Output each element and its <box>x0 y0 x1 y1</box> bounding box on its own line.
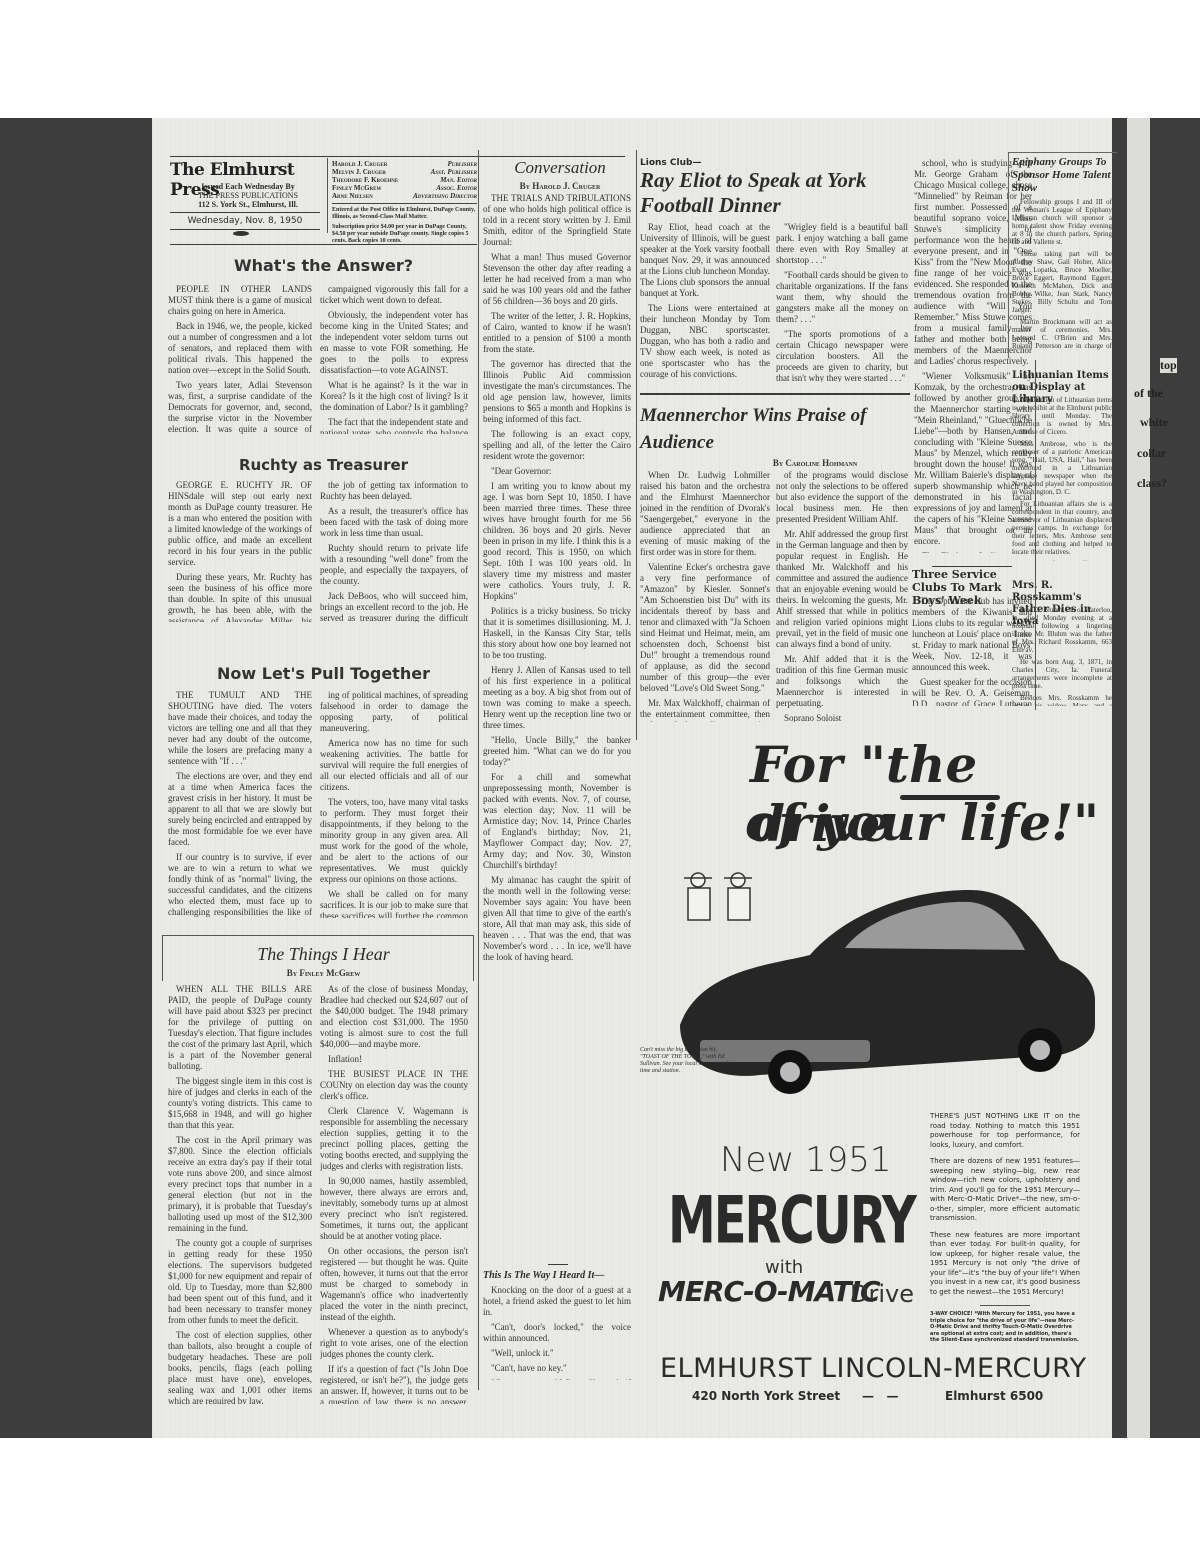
paragraph: Back in 1946, we, the people, kicked out… <box>168 321 312 376</box>
things-i-hear-col1: WHEN ALL THE BILLS ARE PAID, the people … <box>168 984 312 1404</box>
paragraph: I am writing you to know about my age. I… <box>483 481 631 602</box>
paragraph: Ray Eliot, head coach at the University … <box>640 222 770 299</box>
paragraph: "Dear Governor: <box>483 466 631 477</box>
paragraph: Inflation! <box>320 1054 468 1065</box>
paragraph: the job of getting tax information to Ru… <box>320 480 468 502</box>
masthead-issued: Issued Each Wednesday By <box>178 182 318 191</box>
paragraph: THERE'S JUST NOTHING LIKE IT on the road… <box>930 1112 1080 1150</box>
paragraph: A collection of Lithuanian items is on e… <box>1012 396 1112 436</box>
paragraph: Obviously, the independent voter has bec… <box>320 310 468 376</box>
paragraph: There are dozens of new 1951 features—sw… <box>930 1157 1080 1224</box>
paragraph: Two years later, Adlai Stevenson was, fi… <box>168 380 312 434</box>
paragraph: THE TUMULT AND THE SHOUTING have died. T… <box>168 690 312 767</box>
paragraph: He was born Aug. 3, 1871, in Charles Cit… <box>1012 658 1112 690</box>
paragraph: The writer of the letter, J. R. Hopkins,… <box>483 311 631 355</box>
adjacent-fragment: collar <box>1137 446 1166 461</box>
paragraph: Jack DeBoos, who will succeed him, bring… <box>320 591 468 622</box>
masthead-address: 112 S. York St., Elmhurst, Ill. <box>178 200 318 209</box>
entry-notice: Entered at the Post Office in Elmhurst, … <box>332 207 477 221</box>
paragraph: Politics is a tricky business. So tricky… <box>483 606 631 661</box>
paragraph: "Great guns, man! What will you do if th… <box>483 1378 631 1380</box>
column-headline-heard-it: This Is The Way I Heard It— <box>483 1270 633 1281</box>
paragraph: of the programs would disclose not only … <box>776 470 908 525</box>
lions-headline: Ray Eliot to Speak at York Football Dinn… <box>640 168 910 218</box>
staff-list: Harold J. CrugerPublisherMelvin J. Cruge… <box>332 160 477 200</box>
paragraph: Whenever a question as to anybody's righ… <box>320 1327 468 1360</box>
editorial-headline-ruchty: Ruchty as Treasurer <box>170 456 477 474</box>
heard-it-body: Knocking on the door of a guest at a hot… <box>483 1285 631 1380</box>
ad-dealer-name: ELMHURST LINCOLN-MERCURY <box>660 1353 1087 1384</box>
things-i-hear-col2: As of the close of business Monday, Brad… <box>320 984 468 1404</box>
paragraph: THE BUSIEST PLACE IN THE COUNty on elect… <box>320 1069 468 1102</box>
paragraph: The voters, too, have many vital tasks t… <box>320 797 468 885</box>
paragraph: Those taking part will be Audrey Shaw, G… <box>1012 250 1112 314</box>
paragraph: As a result, the treasurer's office has … <box>320 506 468 539</box>
adjacent-fragment: class? <box>1137 476 1167 491</box>
paragraph: The governor has directed that the Illin… <box>483 359 631 425</box>
paragraph: Soprano Soloist <box>776 713 908 722</box>
staff-entry: Harold J. CrugerPublisher <box>332 160 477 168</box>
column-headline-things-i-hear: The Things I Hear <box>170 944 477 965</box>
paragraph: Martin Brockmann will act as master of c… <box>1012 318 1112 350</box>
lions-col2: "Wrigley field is a beautiful ball park.… <box>776 222 908 382</box>
paragraph: On other occasions, the person isn't reg… <box>320 1246 468 1323</box>
paragraph: PEOPLE IN OTHER LANDS MUST think there i… <box>168 284 312 317</box>
adjacent-fragment: white <box>1140 415 1168 430</box>
union-bug-icon <box>233 231 249 236</box>
paragraph: The following is an exact copy, spelling… <box>483 429 631 462</box>
paragraph: "Well, unlock it." <box>483 1348 631 1359</box>
paragraph: If it's a question of fact ("Is John Doe… <box>320 1364 468 1404</box>
paragraph: "The sports promotions of a certain Chic… <box>776 329 908 382</box>
maennerchor-headline: Maennerchor Wins Praise of Audience <box>640 402 890 456</box>
paragraph: Mr. Ahlf addressed the group first in th… <box>776 529 908 650</box>
staff-entry: Arne NielsenAdvertising Director <box>332 192 477 200</box>
paragraph: America now has no time for such weakeni… <box>320 738 468 793</box>
paragraph: The cost in the April primary was $7,800… <box>168 1135 312 1234</box>
paragraph: "Can't, have no key." <box>483 1363 631 1374</box>
lions-col1: Ray Eliot, head coach at the University … <box>640 222 770 382</box>
editorial-answer-col1: PEOPLE IN OTHER LANDS MUST think there i… <box>168 284 312 434</box>
editorial-headline-answer: What's the Answer? <box>170 256 477 275</box>
ad-headline-line2: of your life!" <box>745 793 1099 852</box>
masthead-publisher: THE PRESS PUBLICATIONS <box>178 191 318 200</box>
paragraph: The biggest single item in this cost is … <box>168 1076 312 1131</box>
column-byline-cruger: By Harold J. Cruger <box>485 181 635 191</box>
paragraph: "Hello, Uncle Billy," the banker greeted… <box>483 735 631 768</box>
paragraph: ing of political machines, of spreading … <box>320 690 468 734</box>
paragraph: My almanac has caught the spirit of the … <box>483 875 631 963</box>
paragraph: Miss Ambrose, who is the composer of a p… <box>1012 440 1112 496</box>
ad-footnote-divider <box>980 1305 1030 1306</box>
ad-footnote: 3-WAY CHOICE! *With Mercury for 1951, yo… <box>930 1311 1080 1344</box>
paragraph: Knocking on the door of a guest at a hot… <box>483 1285 631 1318</box>
paragraph: "Wrigley field is a beautiful ball park.… <box>776 222 908 266</box>
paragraph: Henry J. Allen of Kansas used to tell of… <box>483 665 631 731</box>
paragraph: Mr. Ahlf added that it is the tradition … <box>776 654 908 709</box>
epiphany-headline: Epiphany Groups To Sponsor Home Talent S… <box>1012 156 1112 195</box>
paragraph: Besides Mrs. Rosskamm he leaves his wido… <box>1012 694 1112 706</box>
editorial-headline-pull-together: Now Let's Pull Together <box>170 664 477 683</box>
ad-dealer-address: 420 North York Street <box>692 1389 840 1403</box>
conversation-body: THE TRIALS AND TRIBULATIONS of one who h… <box>483 193 631 1248</box>
paragraph: These new features are more important th… <box>930 1231 1080 1298</box>
car-caption: Can't miss the big television hit, "TOAS… <box>640 1047 735 1075</box>
maennerchor-col1: When Dr. Ludwig Lohmiller raised his bat… <box>640 470 770 722</box>
paragraph: During these years, Mr. Ruchty has seen … <box>168 572 312 622</box>
rosskamm-body: Fred C. Bluhm, 79, of Waterloo, Ia., die… <box>1012 606 1112 706</box>
lithuanian-body: A collection of Lithuanian items is on e… <box>1012 396 1112 561</box>
maennerchor-col2: of the programs would disclose not only … <box>776 470 908 722</box>
paragraph: Fellowship groups I and III of the Woman… <box>1012 198 1112 246</box>
ad-separator: — — <box>862 1389 899 1403</box>
paragraph: What is he against? Is it the war in Kor… <box>320 380 468 413</box>
paragraph: As of the close of business Monday, Brad… <box>320 984 468 1050</box>
paragraph: In 90,000 names, hastily assembled, howe… <box>320 1176 468 1242</box>
paragraph: For Lithuanian affairs she is a correspo… <box>1012 500 1112 556</box>
paragraph: We shall be called on for many sacrifice… <box>320 889 468 918</box>
adjacent-page-strip <box>1127 118 1150 1438</box>
paragraph: "Can't, door's locked," the voice within… <box>483 1322 631 1344</box>
mercury-advertisement[interactable]: For "the drive of your life!" Can't miss… <box>640 735 1110 1425</box>
column-headline-conversation: Conversation <box>485 158 635 178</box>
paragraph: The elections are over, and they end at … <box>168 771 312 848</box>
editorial-pull-col1: THE TUMULT AND THE SHOUTING have died. T… <box>168 690 312 918</box>
ad-body-copy: THERE'S JUST NOTHING LIKE IT on the road… <box>930 1105 1080 1304</box>
paragraph: When Dr. Ludwig Lohmiller raised his bat… <box>640 470 770 558</box>
staff-entry: Melvin J. CrugerAsst. Publisher <box>332 168 477 176</box>
ad-brand: MERCURY <box>668 1183 915 1259</box>
paragraph: The cost of election supplies, other tha… <box>168 1330 312 1404</box>
staff-box: Harold J. CrugerPublisherMelvin J. Cruge… <box>332 160 477 245</box>
paragraph: In return for her efforts, the people of… <box>1012 560 1112 561</box>
paragraph: The Lions were entertained at their lunc… <box>640 303 770 380</box>
paragraph: Clerk Clarence V. Wagemann is responsibl… <box>320 1106 468 1172</box>
paragraph: Valentine Ecker's orchestra gave a very … <box>640 562 770 694</box>
paragraph: THE TRIALS AND TRIBULATIONS of one who h… <box>483 193 631 248</box>
paragraph: What a man! Thus mused Governor Stevenso… <box>483 252 631 307</box>
paragraph: campaigned vigorously this fall for a ti… <box>320 284 468 306</box>
paragraph: If our country is to survive, if ever we… <box>168 852 312 918</box>
editorial-ruchty-col1: GEORGE E. RUCHTY JR. OF HINSdale will st… <box>168 480 312 622</box>
staff-entry: Theodore F. KroehneMan. Editor <box>332 176 477 184</box>
editorial-answer-col2: campaigned vigorously this fall for a ti… <box>320 284 468 434</box>
paragraph: Mr. Max Walckhoff, chairman of the enter… <box>640 698 770 722</box>
paragraph: WHEN ALL THE BILLS ARE PAID, the people … <box>168 984 312 1072</box>
lions-kicker: Lions Club— <box>640 158 701 168</box>
epiphany-body: Fellowship groups I and III of the Woman… <box>1012 198 1112 350</box>
editorial-pull-col2: ing of political machines, of spreading … <box>320 690 468 918</box>
paragraph: "Football cards should be given to chari… <box>776 270 908 325</box>
adjacent-fragment: of the <box>1134 386 1163 401</box>
staff-entry: Finley McGrewAssoc. Editor <box>332 184 477 192</box>
ad-drive: Drive <box>850 1280 914 1308</box>
paragraph: The county got a couple of surprises in … <box>168 1238 312 1326</box>
paragraph: The fact that the independent state and … <box>320 417 468 434</box>
paragraph: For a chill and somewhat unprepossessing… <box>483 772 631 871</box>
paragraph: Ruchty should return to private life wit… <box>320 543 468 587</box>
maennerchor-byline: By Caroline Hohmann <box>720 458 910 468</box>
paragraph: GEORGE E. RUCHTY JR. OF HINSdale will st… <box>168 480 312 568</box>
column-byline-mcgrew: By Finley McGrew <box>170 968 477 978</box>
subscription-notice: Subscription price $4.00 per year in DuP… <box>332 224 477 245</box>
ad-new-year: New 1951 <box>720 1140 892 1180</box>
ad-phone: Elmhurst 6500 <box>945 1389 1043 1403</box>
ad-transmission: MERC-O-MATIC <box>658 1275 880 1308</box>
adjacent-fragment: top <box>1160 358 1177 373</box>
paragraph: Fred C. Bluhm, 79, of Waterloo, Ia., die… <box>1012 606 1112 654</box>
editorial-ruchty-col2: the job of getting tax information to Ru… <box>320 480 468 622</box>
masthead-date: Wednesday, Nov. 8, 1950 <box>170 216 320 226</box>
